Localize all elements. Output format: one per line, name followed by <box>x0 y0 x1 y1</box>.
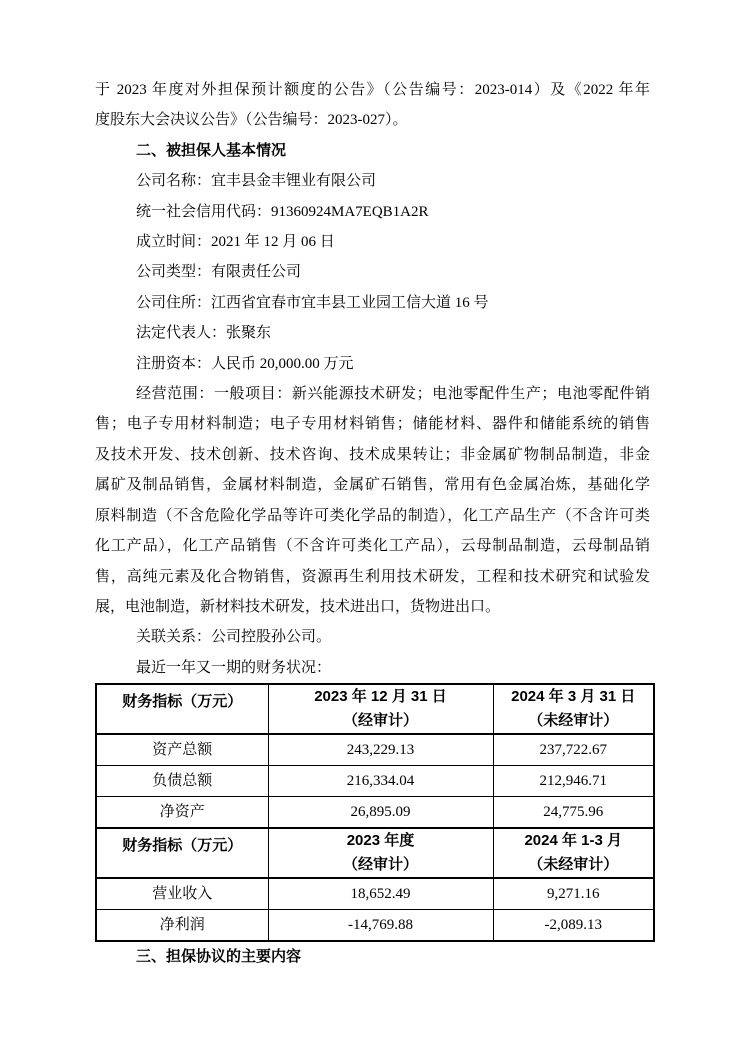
header-cell-2023-period: 2023 年度 （经审计） <box>268 828 493 878</box>
continuation-paragraph: 于 2023 年度对外担保预计额度的公告》（公告编号：2023-014）及《20… <box>95 75 650 136</box>
paragraph-line: 于 2023 年度对外担保预计额度的公告》（公告编号：2023-014）及《20… <box>95 75 650 105</box>
table-header-row-balance: 财务指标（万元） 2023 年 12 月 31 日 （经审计） 2024 年 3… <box>96 684 654 734</box>
paragraph-line: 度股东大会决议公告》（公告编号：2023-027）。 <box>95 105 650 135</box>
company-address-line: 公司住所：江西省宜春市宜丰县工业园工信大道 16 号 <box>95 288 650 318</box>
value-2023: 216,334.04 <box>268 766 493 797</box>
row-label: 资产总额 <box>96 734 268 766</box>
header-cell-2024-date: 2024 年 3 月 31 日 （未经审计） <box>493 684 654 734</box>
value-2023: -14,769.88 <box>268 910 493 942</box>
value-2024: 237,722.67 <box>493 734 654 766</box>
row-label: 净资产 <box>96 797 268 829</box>
paragraph-line: 化工产品），化工产品销售（不含许可类化工产品），云母制品制造，云母制品销 <box>95 531 650 561</box>
row-label: 负债总额 <box>96 766 268 797</box>
value-2024: 212,946.71 <box>493 766 654 797</box>
value-2023: 243,229.13 <box>268 734 493 766</box>
value-2023: 26,895.09 <box>268 797 493 829</box>
table-row-net-profit: 净利润 -14,769.88 -2,089.13 <box>96 910 654 942</box>
value-2024: 24,775.96 <box>493 797 654 829</box>
paragraph-line: 展，电池制造，新材料技术研发，技术进出口，货物进出口。 <box>95 592 650 622</box>
financial-status-intro: 最近一年又一期的财务状况： <box>95 653 650 683</box>
paragraph-line: 及技术开发、技术创新、技术咨询、技术成果转让；非金属矿物制品制造，非金 <box>95 440 650 470</box>
company-name-line: 公司名称：宜丰县金丰锂业有限公司 <box>95 166 650 196</box>
paragraph-line: 售，高纯元素及化合物销售，资源再生利用技术研发，工程和技术研究和试验发 <box>95 562 650 592</box>
section-2-heading: 二、被担保人基本情况 <box>95 136 650 166</box>
table-row-net-assets: 净资产 26,895.09 24,775.96 <box>96 797 654 829</box>
paragraph-line: 售；电子专用材料制造；电子专用材料销售；储能材料、器件和储能系统的销售 <box>95 409 650 439</box>
value-2024: -2,089.13 <box>493 910 654 942</box>
credit-code-line: 统一社会信用代码：91360924MA7EQB1A2R <box>95 197 650 227</box>
legal-representative-line: 法定代表人：张聚东 <box>95 318 650 348</box>
table-row-operating-revenue: 营业收入 18,652.49 9,271.16 <box>96 878 654 910</box>
company-type-line: 公司类型：有限责任公司 <box>95 257 650 287</box>
paragraph-line: 属矿及制品销售，金属材料制造，金属矿石销售，常用有色金属冶炼，基础化学 <box>95 470 650 500</box>
establish-date-line: 成立时间：2021 年 12 月 06 日 <box>95 227 650 257</box>
header-cell-indicator: 财务指标（万元） <box>96 684 268 734</box>
related-relationship-line: 关联关系：公司控股孙公司。 <box>95 622 650 652</box>
financial-table: 财务指标（万元） 2023 年 12 月 31 日 （经审计） 2024 年 3… <box>95 683 655 942</box>
document-page: 于 2023 年度对外担保预计额度的公告》（公告编号：2023-014）及《20… <box>0 0 735 1053</box>
header-cell-indicator: 财务指标（万元） <box>96 828 268 878</box>
value-2023: 18,652.49 <box>268 878 493 910</box>
section-3-heading: 三、担保协议的主要内容 <box>95 942 650 972</box>
table-row-total-assets: 资产总额 243,229.13 237,722.67 <box>96 734 654 766</box>
header-cell-2024-period: 2024 年 1-3 月 （未经审计） <box>493 828 654 878</box>
business-scope-paragraph: 经营范围：一般项目：新兴能源技术研发；电池零配件生产；电池零配件销 售；电子专用… <box>95 379 650 622</box>
header-cell-2023-date: 2023 年 12 月 31 日 （经审计） <box>268 684 493 734</box>
paragraph-line: 经营范围：一般项目：新兴能源技术研发；电池零配件生产；电池零配件销 <box>95 379 650 409</box>
registered-capital-line: 注册资本：人民币 20,000.00 万元 <box>95 349 650 379</box>
table-row-total-liabilities: 负债总额 216,334.04 212,946.71 <box>96 766 654 797</box>
table-header-row-income: 财务指标（万元） 2023 年度 （经审计） 2024 年 1-3 月 （未经审… <box>96 828 654 878</box>
value-2024: 9,271.16 <box>493 878 654 910</box>
row-label: 净利润 <box>96 910 268 942</box>
paragraph-line: 原料制造（不含危险化学品等许可类化学品的制造），化工产品生产（不含许可类 <box>95 501 650 531</box>
row-label: 营业收入 <box>96 878 268 910</box>
